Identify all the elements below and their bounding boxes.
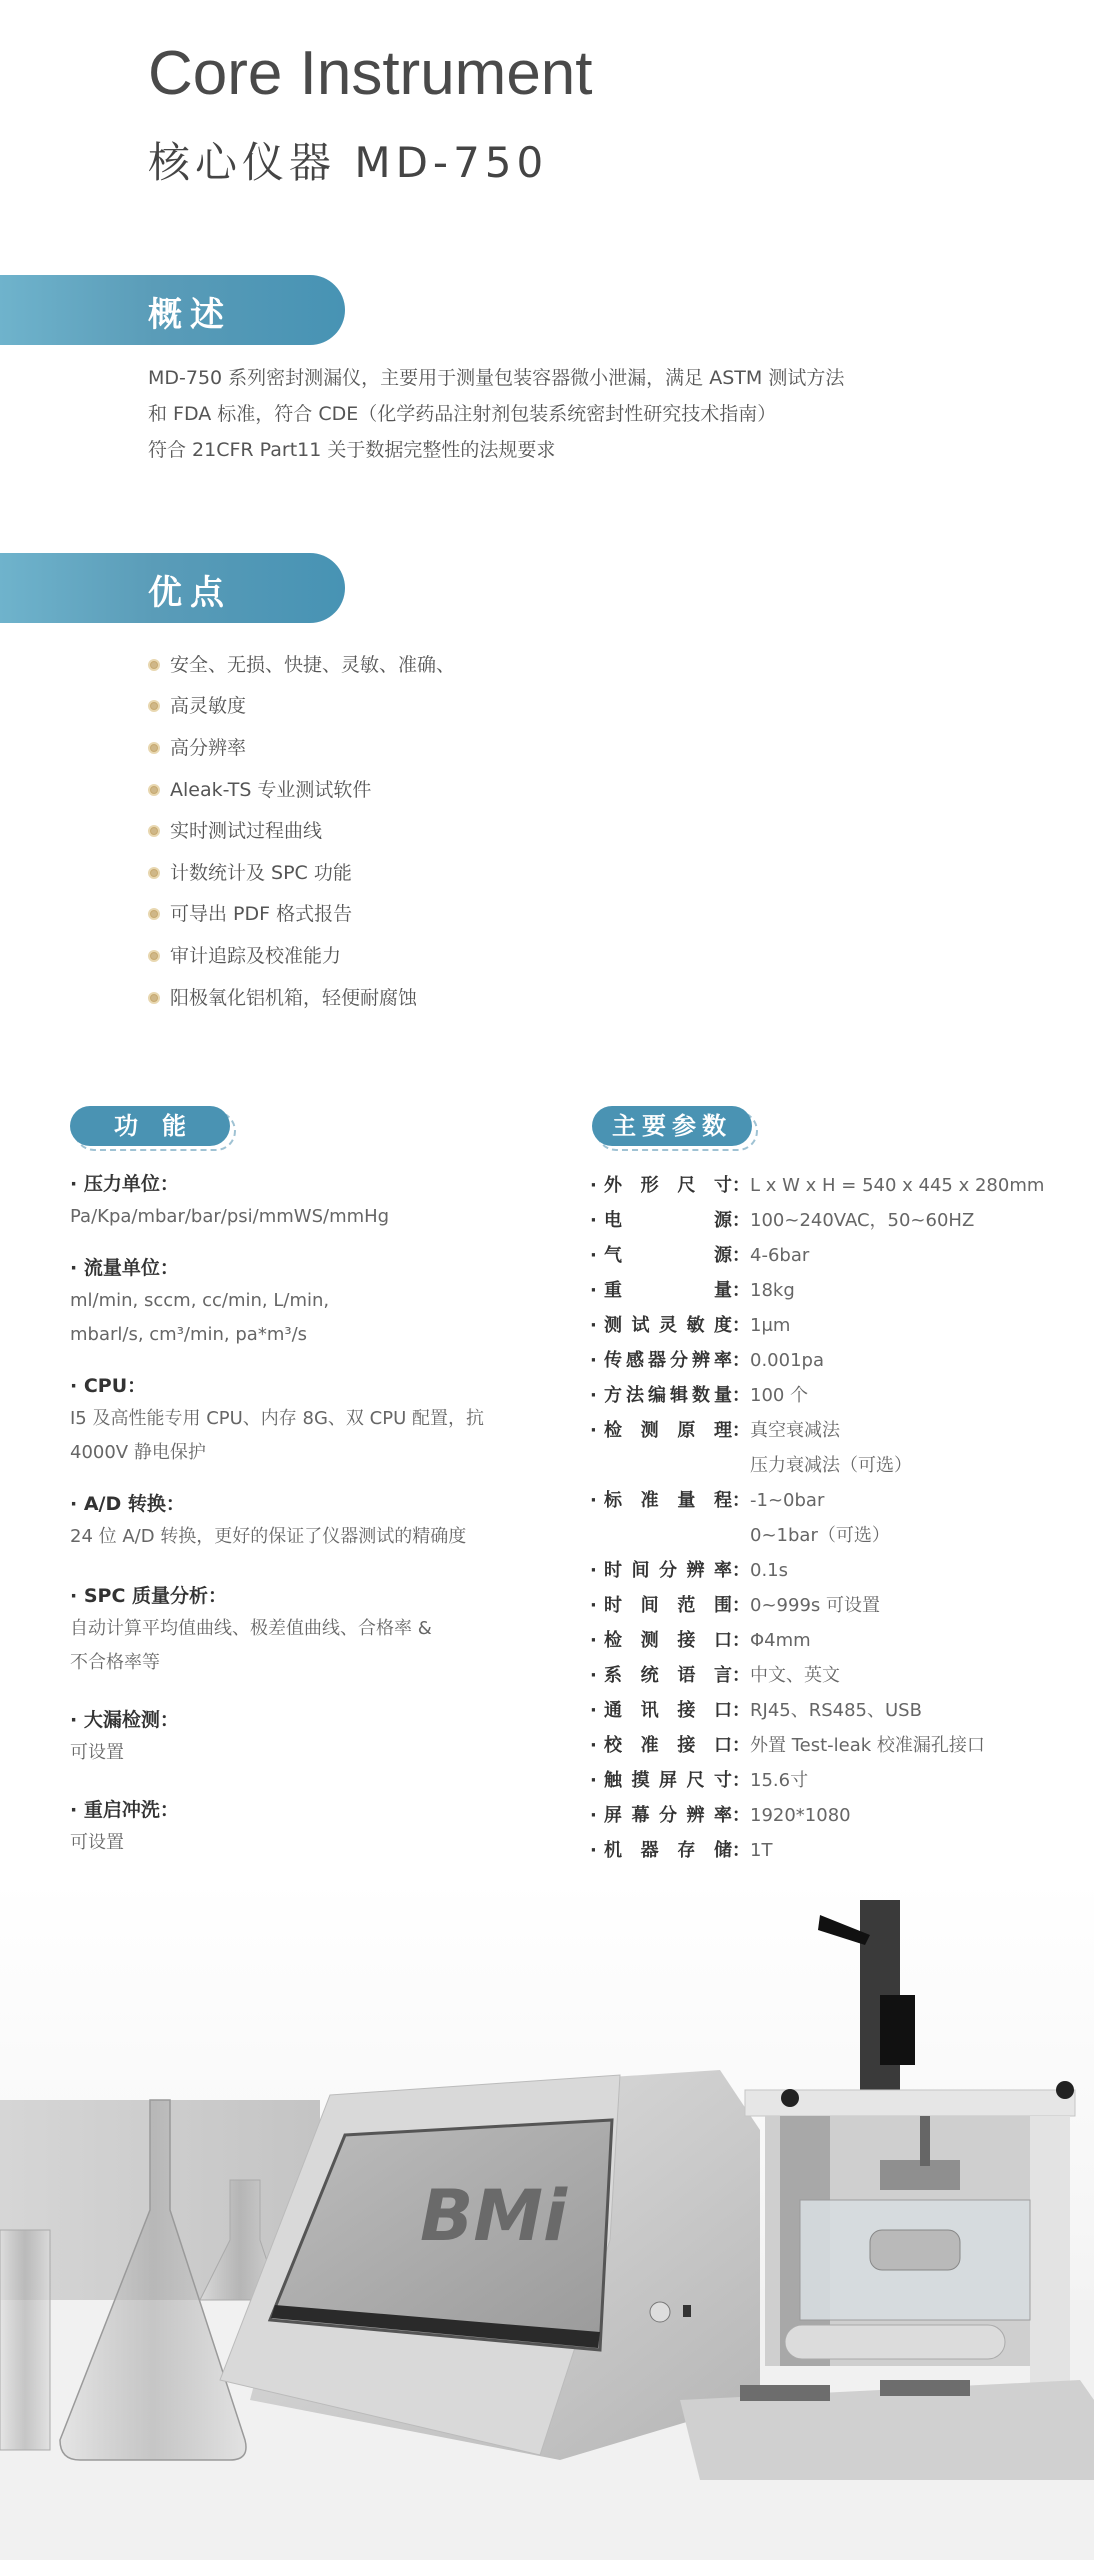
list-item-label: 计数统计及 SPC 功能 <box>170 853 352 893</box>
function-label: · 大漏检测： <box>70 1704 530 1736</box>
bullet-icon <box>148 784 160 796</box>
list-item: 计数统计及 SPC 功能 <box>148 852 455 894</box>
function-value: ml/min, sccm, cc/min, L/min, <box>70 1284 530 1318</box>
function-value: Pa/Kpa/mbar/bar/psi/mmWS/mmHg <box>70 1200 530 1234</box>
list-item-label: 可导出 PDF 格式报告 <box>170 894 352 934</box>
spec-label: ·屏幕分辨率： <box>590 1798 750 1833</box>
function-label: · 重启冲洗： <box>70 1794 530 1826</box>
advantages-heading: 优点 <box>148 565 232 614</box>
functions-list: · 压力单位： Pa/Kpa/mbar/bar/psi/mmWS/mmHg · … <box>70 1168 530 1878</box>
spec-value: 真空衰减法 <box>750 1413 840 1448</box>
list-item: 实时测试过程曲线 <box>148 810 455 852</box>
bullet-icon <box>148 908 160 920</box>
list-item-label: 实时测试过程曲线 <box>170 811 322 851</box>
list-item-label: Aleak-TS 专业测试软件 <box>170 770 371 810</box>
spec-row: ·标准量程：-1~0bar <box>590 1483 1090 1518</box>
function-label: · CPU： <box>70 1370 530 1402</box>
bullet-icon <box>148 700 160 712</box>
spec-label: ·标准量程： <box>590 1483 750 1518</box>
overview-line: 和 FDA 标准，符合 CDE（化学药品注射剂包装系统密封性研究技术指南） <box>148 396 844 432</box>
function-value: 可设置 <box>70 1736 530 1770</box>
spec-label: ·校准接口： <box>590 1728 750 1763</box>
product-photo: BMi <box>0 1880 1094 2560</box>
spec-row: ·气源：4-6bar <box>590 1238 1090 1273</box>
list-item: 高分辨率 <box>148 727 455 769</box>
function-value: 可设置 <box>70 1826 530 1860</box>
advantages-banner: 优点 <box>0 553 345 623</box>
function-item: · CPU： I5 及高性能专用 CPU、内存 8G、双 CPU 配置，抗 40… <box>70 1370 530 1470</box>
function-label: · 流量单位： <box>70 1252 530 1284</box>
bullet-icon <box>148 950 160 962</box>
spec-label: ·机器存储： <box>590 1833 750 1868</box>
function-item: · 流量单位： ml/min, sccm, cc/min, L/min, mba… <box>70 1252 530 1352</box>
spec-value: 15.6寸 <box>750 1763 808 1798</box>
spec-row: ·检测原理：真空衰减法 <box>590 1413 1090 1448</box>
spec-row: ·触摸屏尺寸：15.6寸 <box>590 1763 1090 1798</box>
spec-label: ·电源： <box>590 1203 750 1238</box>
spec-row: ·时间范围：0~999s 可设置 <box>590 1588 1090 1623</box>
specs-heading: 主要参数 <box>592 1106 752 1146</box>
spec-label: ·检测接口： <box>590 1623 750 1658</box>
list-item: Aleak-TS 专业测试软件 <box>148 769 455 811</box>
spec-label: ·测试灵敏度： <box>590 1308 750 1343</box>
spec-value: 4-6bar <box>750 1238 809 1273</box>
spec-value: 0~999s 可设置 <box>750 1588 880 1623</box>
spec-label: ·传感器分辨率： <box>590 1343 750 1378</box>
list-item: 可导出 PDF 格式报告 <box>148 894 455 936</box>
spec-value: 0.001pa <box>750 1343 824 1378</box>
spec-value: 1μm <box>750 1308 790 1343</box>
spec-value: 1920*1080 <box>750 1798 851 1833</box>
function-item: · 大漏检测： 可设置 <box>70 1704 530 1770</box>
spec-value: RJ45、RS485、USB <box>750 1693 922 1728</box>
spec-row: ·系统语言：中文、英文 <box>590 1658 1090 1693</box>
spec-value: 100 个 <box>750 1378 808 1413</box>
bullet-icon <box>148 659 160 671</box>
spec-row: ·校准接口：外置 Test-leak 校准漏孔接口 <box>590 1728 1090 1763</box>
overview-heading: 概述 <box>148 287 232 336</box>
list-item: 安全、无损、快捷、灵敏、准确、 <box>148 644 455 686</box>
spec-label: ·时间分辨率： <box>590 1553 750 1588</box>
function-value: mbarl/s, cm³/min, pa*m³/s <box>70 1318 530 1352</box>
function-item: · SPC 质量分析： 自动计算平均值曲线、极差值曲线、合格率 & 不合格率等 <box>70 1580 530 1680</box>
list-item-label: 审计追踪及校准能力 <box>170 936 341 976</box>
spec-row: ·时间分辨率：0.1s <box>590 1553 1090 1588</box>
list-item: 审计追踪及校准能力 <box>148 935 455 977</box>
spec-label <box>590 1448 750 1483</box>
spec-row: ·电源：100~240VAC，50~60HZ <box>590 1203 1090 1238</box>
overview-banner: 概述 <box>0 275 345 345</box>
function-value: I5 及高性能专用 CPU、内存 8G、双 CPU 配置，抗 <box>70 1402 530 1436</box>
overview-text: MD-750 系列密封测漏仪，主要用于测量包装容器微小泄漏，满足 ASTM 测试… <box>148 360 844 468</box>
spec-row: ·机器存储：1T <box>590 1833 1090 1868</box>
spec-value: 中文、英文 <box>750 1658 840 1693</box>
list-item-label: 高灵敏度 <box>170 686 246 726</box>
product-image: BMi <box>0 1880 1094 2560</box>
function-value: 24 位 A/D 转换，更好的保证了仪器测试的精确度 <box>70 1520 530 1554</box>
spec-row: ·传感器分辨率：0.001pa <box>590 1343 1090 1378</box>
spec-row: 压力衰减法（可选） <box>590 1448 1090 1483</box>
function-item: · A/D 转换： 24 位 A/D 转换，更好的保证了仪器测试的精确度 <box>70 1488 530 1554</box>
function-item: · 重启冲洗： 可设置 <box>70 1794 530 1860</box>
bullet-icon <box>148 825 160 837</box>
spec-label: ·通讯接口： <box>590 1693 750 1728</box>
bullet-icon <box>148 867 160 879</box>
specs-table: ·外形尺寸：L x W x H = 540 x 445 x 280mm·电源：1… <box>590 1168 1090 1868</box>
functions-heading: 功 能 <box>70 1106 230 1146</box>
function-item: · 压力单位： Pa/Kpa/mbar/bar/psi/mmWS/mmHg <box>70 1168 530 1234</box>
bullet-icon <box>148 992 160 1004</box>
overview-line: MD-750 系列密封测漏仪，主要用于测量包装容器微小泄漏，满足 ASTM 测试… <box>148 360 844 396</box>
page-subtitle: 核心仪器 MD-750 <box>148 130 548 190</box>
page-title: Core Instrument <box>148 38 593 109</box>
list-item: 阳极氧化铝机箱，轻便耐腐蚀 <box>148 977 455 1019</box>
spec-row: ·屏幕分辨率：1920*1080 <box>590 1798 1090 1833</box>
bullet-icon <box>148 742 160 754</box>
spec-label: ·触摸屏尺寸： <box>590 1763 750 1798</box>
spec-label <box>590 1518 750 1553</box>
spec-row: ·测试灵敏度：1μm <box>590 1308 1090 1343</box>
list-item-label: 阳极氧化铝机箱，轻便耐腐蚀 <box>170 978 417 1018</box>
spec-value: Φ4mm <box>750 1623 811 1658</box>
list-item-label: 高分辨率 <box>170 728 246 768</box>
list-item-label: 安全、无损、快捷、灵敏、准确、 <box>170 645 455 685</box>
spec-label: ·重量： <box>590 1273 750 1308</box>
spec-value: -1~0bar <box>750 1483 824 1518</box>
function-value: 4000V 静电保护 <box>70 1436 530 1470</box>
spec-row: 0~1bar（可选） <box>590 1518 1090 1553</box>
function-label: · A/D 转换： <box>70 1488 530 1520</box>
function-value: 自动计算平均值曲线、极差值曲线、合格率 & <box>70 1612 530 1646</box>
spec-value: 18kg <box>750 1273 795 1308</box>
spec-row: ·通讯接口：RJ45、RS485、USB <box>590 1693 1090 1728</box>
list-item: 高灵敏度 <box>148 686 455 728</box>
function-label: · 压力单位： <box>70 1168 530 1200</box>
spec-label: ·外形尺寸： <box>590 1168 750 1203</box>
spec-label: ·气源： <box>590 1238 750 1273</box>
spec-value: 外置 Test-leak 校准漏孔接口 <box>750 1728 985 1763</box>
spec-label: ·系统语言： <box>590 1658 750 1693</box>
spec-value: L x W x H = 540 x 445 x 280mm <box>750 1168 1044 1203</box>
spec-value: 0.1s <box>750 1553 788 1588</box>
spec-value: 0~1bar（可选） <box>750 1518 890 1553</box>
advantages-list: 安全、无损、快捷、灵敏、准确、 高灵敏度 高分辨率 Aleak-TS 专业测试软… <box>148 644 455 1018</box>
spec-label: ·检测原理： <box>590 1413 750 1448</box>
spec-value: 100~240VAC，50~60HZ <box>750 1203 974 1238</box>
spec-row: ·检测接口：Φ4mm <box>590 1623 1090 1658</box>
overview-line: 符合 21CFR Part11 关于数据完整性的法规要求 <box>148 432 844 468</box>
function-label: · SPC 质量分析： <box>70 1580 530 1612</box>
screen-logo: BMi <box>420 2175 568 2257</box>
spec-label: ·时间范围： <box>590 1588 750 1623</box>
function-value: 不合格率等 <box>70 1646 530 1680</box>
spec-row: ·方法编辑数量：100 个 <box>590 1378 1090 1413</box>
spec-value: 压力衰减法（可选） <box>750 1448 912 1483</box>
spec-value: 1T <box>750 1833 772 1868</box>
spec-row: ·外形尺寸：L x W x H = 540 x 445 x 280mm <box>590 1168 1090 1203</box>
spec-label: ·方法编辑数量： <box>590 1378 750 1413</box>
spec-row: ·重量：18kg <box>590 1273 1090 1308</box>
